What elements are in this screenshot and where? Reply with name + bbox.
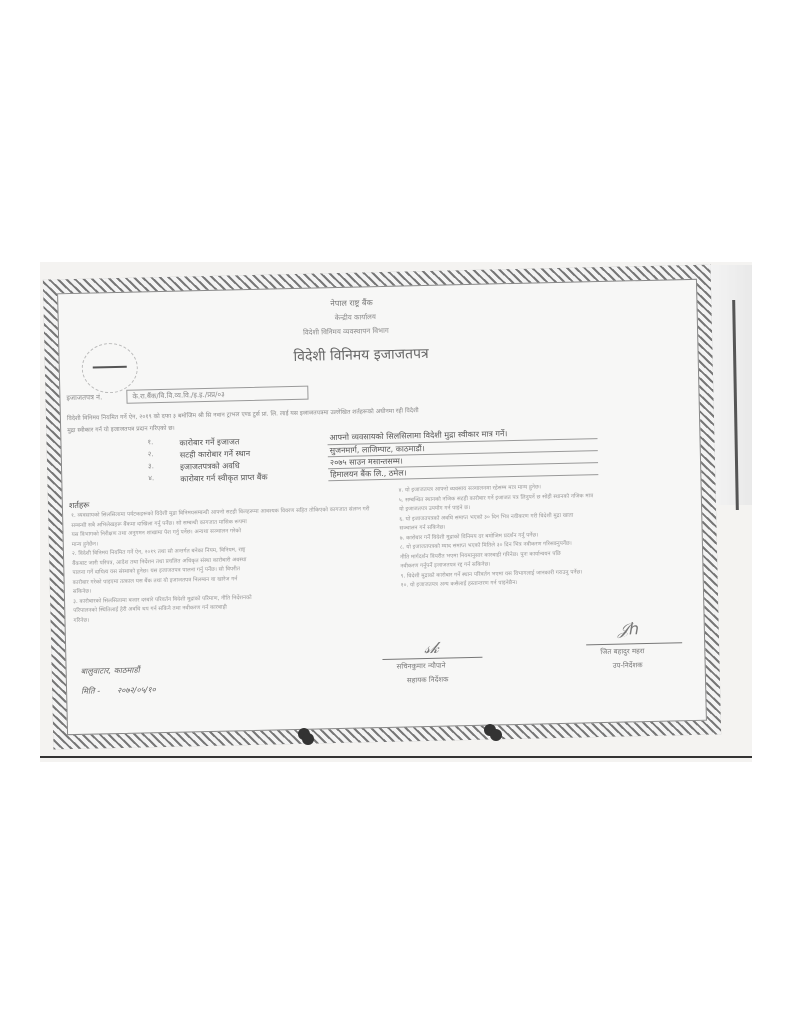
field-label: सटही कारोबार गर्ने स्थान [180, 448, 251, 461]
signature-line-left [382, 657, 482, 660]
conditions-heading: शर्तहरू [69, 500, 90, 511]
office-name: केन्द्रीय कार्यालय [335, 313, 376, 323]
signatory-left-name: सचिनकुमार न्यौपाने [397, 662, 446, 672]
signatory-right-name: जित बहादुर महरा [600, 647, 644, 657]
signature-right-icon: 𝒥ℎ [618, 619, 640, 639]
field-label: कारोबार गर्ने इजाजत [179, 436, 239, 448]
certificate-title: विदेशी विनिमय इजाजतपत्र [293, 344, 429, 366]
department-name: विदेशी विनिमय व्यवस्थापन विभाग [303, 327, 389, 338]
bank-seal-icon [81, 343, 138, 394]
field-label: कारोबार गर्न स्वीकृत प्राप्त बैंक [180, 472, 268, 485]
date-label: मिति - [81, 685, 100, 696]
field-num: ३. [148, 462, 154, 471]
field-num: ४. [148, 474, 154, 483]
signature-line-right [586, 642, 682, 645]
signature-left-icon: 𝓈𝓀 [424, 638, 439, 658]
signatory-left-title: सहायक निर्देशक [407, 676, 449, 686]
field-label: इजाजतपत्रको अवधि [180, 460, 240, 472]
scan-bottom-edge [40, 756, 752, 758]
issue-date: २०७२/०५/१० [117, 684, 156, 696]
license-certificate: नेपाल राष्ट्र बैंक केन्द्रीय कार्यालय वि… [43, 264, 721, 749]
license-no-label: इजाजतपत्र नं. [66, 393, 102, 403]
field-num: १. [147, 438, 153, 447]
conditions-right-column: ४. यो इजाजतपत्र आफ्नो व्यवसाय सञ्चालनमा … [399, 480, 691, 591]
signatory-right-title: उप-निर्देशक [613, 661, 643, 671]
conditions-left-column: १. व्यवसायको सिलसिलामा पर्यटकहरूको विदेश… [71, 505, 374, 626]
intro-line-1: विदेशी विनिमय नियमित गर्ने ऐन, २०१९ को द… [67, 406, 419, 422]
issue-place: बालुवाटार, काठमाडौं [81, 665, 140, 677]
punch-hole [490, 729, 502, 741]
intro-line-2: मुद्रा स्वीकार गर्न यो इजाजतपत्र प्रदान … [67, 424, 175, 434]
org-name: नेपाल राष्ट्र बैंक [330, 297, 373, 309]
punch-hole [302, 733, 314, 745]
certificate-body: नेपाल राष्ट्र बैंक केन्द्रीय कार्यालय वि… [57, 279, 707, 735]
field-num: २. [148, 450, 154, 459]
